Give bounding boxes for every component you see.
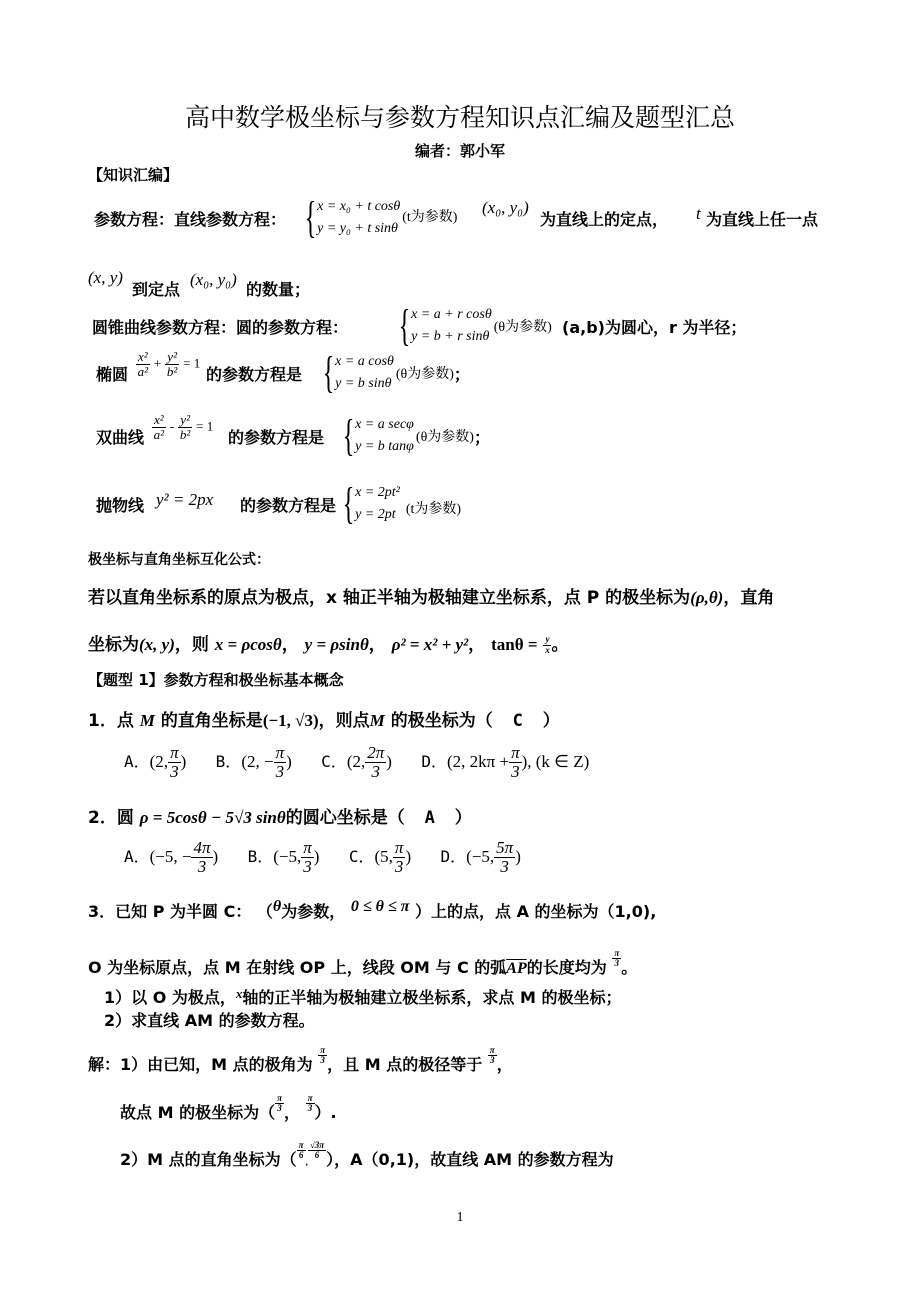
- option-label: C．: [349, 847, 375, 866]
- var-m: M: [370, 711, 385, 730]
- option-b: B．(−5,π3): [248, 847, 320, 867]
- frac-den: 3: [274, 763, 287, 781]
- question-text: 为参数，: [281, 902, 345, 921]
- option-post: ): [213, 847, 219, 866]
- frac-num: π: [168, 744, 181, 763]
- param-note: (θ为参数): [416, 426, 474, 446]
- frac-num: 2π: [365, 744, 386, 763]
- formula-tan: tanθ =: [491, 635, 537, 654]
- circle-param-system: { x = a + r cosθ y = b + r sinθ (θ为参数): [394, 304, 552, 348]
- option-label: D．: [421, 752, 447, 771]
- period: 。: [621, 958, 637, 977]
- frac-num: 5π: [494, 839, 515, 858]
- solution-text: ），A（0,1)，故直线 AM 的参数方程为: [326, 1150, 614, 1169]
- equation-line: x = a cosθ: [335, 351, 394, 373]
- separator: ，: [282, 635, 299, 655]
- frac-den: 3: [393, 858, 406, 876]
- equation-line: x = 2pt²: [355, 482, 400, 504]
- frac-num: y²: [165, 350, 179, 365]
- question-3-sub2: 2）求直线 AM 的参数方程。: [104, 1008, 315, 1031]
- formula-rho: ρ² = x² + y²: [392, 635, 468, 654]
- question-3-line1: 3．已知 P 为半圆 C： （θ为参数， 0 ≤ θ ≤ π ）上的点，点 A …: [88, 899, 656, 922]
- comma: ，: [497, 1055, 513, 1074]
- option-label: A．: [124, 847, 150, 866]
- parabola-equation: y² = 2px: [156, 490, 213, 510]
- separator: ，: [369, 635, 386, 655]
- conversion-text: ，直角: [723, 588, 774, 608]
- question-number: 2．: [88, 808, 117, 828]
- fixed-point: (x₀, y₀): [482, 198, 529, 218]
- brace-icon: {: [399, 304, 411, 348]
- frac-den: 6: [308, 1151, 326, 1160]
- question-2: 2．圆 ρ = 5cosθ − 5√3 sinθ的圆心坐标是（ A ）: [88, 803, 472, 828]
- circle-param-prefix: 圆锥曲线参数方程：圆的参数方程：: [92, 315, 348, 338]
- equation-line: x = a secφ: [355, 414, 414, 436]
- question-text: 的直角坐标是: [161, 711, 263, 731]
- ellipse-mid: 的参数方程是: [206, 362, 302, 385]
- solution-text: ）.: [315, 1103, 337, 1122]
- frac-num: y²: [178, 413, 192, 428]
- option-post: ): [515, 847, 521, 866]
- option-pre: (2,: [347, 752, 365, 771]
- option-pre: (2,: [150, 752, 168, 771]
- frac-num: π: [393, 839, 406, 858]
- question-2-options: A．(−5, −4π3) B．(−5,π3) C．(5,π3) D．(−5,5π…: [124, 839, 521, 876]
- param-note: (t为参数): [406, 498, 461, 518]
- parabola-prefix: 抛物线: [96, 493, 144, 516]
- option-label: C．: [321, 752, 347, 771]
- frac-den: 3: [168, 763, 181, 781]
- line2-end: 的数量；: [246, 277, 310, 300]
- var-m: M: [140, 711, 155, 730]
- theta-range: 0 ≤ θ ≤ π: [351, 898, 410, 915]
- question-text: O 为坐标原点，点 M 在射线 OP 上，线段 OM 与 C 的弧: [88, 958, 506, 977]
- question-text: 轴的正半轴为极轴建立极坐标系，求点 M 的极坐标；: [242, 988, 621, 1007]
- frac-den: 6: [297, 1151, 306, 1160]
- close-paren: ）: [455, 808, 472, 828]
- option-post: ): [286, 752, 292, 771]
- line-param-desc2: 为直线上任一点: [706, 207, 818, 230]
- param-note: (t为参数): [402, 206, 457, 226]
- frac-den: 3: [301, 858, 314, 876]
- fixed-point-2: (x₀, y₀): [190, 270, 237, 290]
- conversion-line2: 坐标为(x, y)，则 x = ρcosθ， y = ρsinθ， ρ² = x…: [88, 630, 568, 655]
- frac-den: 3: [488, 1056, 497, 1065]
- point-xy: (x, y): [88, 268, 123, 288]
- option-post: ): [386, 752, 392, 771]
- option-label: A．: [124, 752, 150, 771]
- solution-line2: 故点 M 的极坐标为（π3， π3）.: [120, 1100, 337, 1123]
- brace-icon: {: [343, 482, 355, 526]
- question-text: 圆: [117, 808, 134, 828]
- brace-icon: {: [323, 351, 335, 395]
- frac-den: 3: [306, 1104, 315, 1113]
- option-pre: (−5, −: [150, 847, 192, 866]
- frac-den: 3: [509, 763, 522, 781]
- question-text: 3．已知 P 为半圆 C：: [88, 902, 251, 921]
- ellipse-prefix: 椭圆: [96, 362, 128, 385]
- coordinate: (−1, √3): [263, 711, 319, 730]
- equation-line: y = b sinθ: [335, 373, 394, 395]
- hyperbola-prefix: 双曲线: [96, 425, 144, 448]
- option-pre: (2, −: [241, 752, 273, 771]
- solution-text: 故点 M 的极坐标为（: [120, 1103, 275, 1122]
- solution-line3: 2）M 点的直角坐标为（π6,√3π6），A（0,1)，故直线 AM 的参数方程…: [120, 1147, 614, 1170]
- plus-sign: +: [154, 356, 161, 371]
- option-pre: (−5,: [466, 847, 494, 866]
- conversion-text: 若以直角坐标系的原点为极点，x 轴正半轴为极轴建立坐标系，点 P 的极坐标为: [88, 588, 690, 608]
- conversion-text: 坐标为: [88, 635, 139, 655]
- param-note: (θ为参数): [396, 363, 454, 383]
- hyperbola-system: { x = a secφ y = b tanφ (θ为参数) ；: [338, 414, 490, 458]
- x-var: x: [236, 986, 243, 1001]
- circle-equation: ρ = 5cosθ − 5√3 sinθ: [140, 808, 286, 827]
- author-line: 编者：郭小军: [0, 140, 920, 161]
- circle-param-desc: (a,b)为圆心，r 为半径；: [562, 315, 746, 338]
- option-a: A．(2,π3): [124, 752, 186, 772]
- frac-den: 3: [494, 858, 515, 876]
- formula-y: y = ρsinθ: [305, 635, 369, 654]
- equals-one: = 1: [196, 419, 213, 434]
- option-c: C．(2,2π3): [321, 752, 392, 772]
- close-paren: ）: [543, 711, 560, 731]
- conversion-line1: 若以直角坐标系的原点为极点，x 轴正半轴为极轴建立坐标系，点 P 的极坐标为(ρ…: [88, 583, 774, 608]
- semicolon: ；: [474, 425, 490, 448]
- answer-letter: C: [513, 711, 523, 731]
- equation-line: y = 2pt: [355, 504, 400, 526]
- solution-text: 解：1）由已知，M 点的极角为: [88, 1055, 313, 1074]
- option-post: ): [314, 847, 320, 866]
- option-post: ): [405, 847, 411, 866]
- rect-coord: (x, y): [139, 635, 175, 654]
- frac-num: π: [301, 839, 314, 858]
- line2-mid: 到定点: [132, 277, 180, 300]
- section-label-knowledge: 【知识汇编】: [88, 164, 178, 185]
- option-post: ), (k ∈ Z): [522, 752, 590, 771]
- question-text: 的极坐标为（: [391, 711, 493, 731]
- line-param-system: { x = x₀ + t cosθ y = y₀ + t sinθ (t为参数): [300, 196, 457, 240]
- question-type-heading: 【题型 1】参数方程和极坐标基本概念: [88, 669, 344, 690]
- question-number: 1．: [88, 711, 117, 731]
- solution-text: 2）M 点的直角坐标为（: [120, 1150, 297, 1169]
- hyperbola-equation: x²a² - y²b² = 1: [152, 413, 213, 441]
- separator: ，: [468, 635, 485, 655]
- option-b: B．(2, −π3): [216, 752, 292, 772]
- hyperbola-mid: 的参数方程是: [228, 425, 324, 448]
- line-param-desc1: 为直线上的定点，: [540, 207, 668, 230]
- answer-letter: A: [425, 808, 435, 828]
- question-3-sub1: 1）以 O 为极点，x轴的正半轴为极轴建立极坐标系，求点 M 的极坐标；: [104, 985, 621, 1008]
- solution-text: ，且 M 点的极径等于: [327, 1055, 482, 1074]
- frac-num: π: [509, 744, 522, 763]
- formula-x: x = ρcosθ: [215, 635, 282, 654]
- option-label: B．: [216, 752, 242, 771]
- option-pre: (5,: [374, 847, 392, 866]
- semicolon: ；: [454, 362, 470, 385]
- comma: ，: [284, 1103, 300, 1122]
- brace-icon: {: [343, 414, 355, 458]
- frac-den: 3: [365, 763, 386, 781]
- equation-line: x = a + r cosθ: [411, 304, 492, 326]
- question-text: ，则点: [319, 711, 370, 731]
- parabola-mid: 的参数方程是: [240, 493, 336, 516]
- option-d: D．(−5,5π3): [441, 847, 521, 867]
- ellipse-equation: x²a² + y²b² = 1: [136, 350, 200, 378]
- option-c: C．(5,π3): [349, 847, 411, 867]
- theta: θ: [273, 898, 281, 915]
- frac-den: b²: [178, 428, 192, 442]
- solution-line1: 解：1）由已知，M 点的极角为 π3，且 M 点的极径等于 π3，: [88, 1052, 513, 1075]
- option-label: D．: [441, 847, 467, 866]
- option-pre: (2, 2kπ +: [447, 752, 509, 771]
- frac-den: 3: [275, 1104, 284, 1113]
- frac-den: 3: [191, 858, 212, 876]
- t-var: t: [696, 204, 701, 224]
- period: 。: [551, 635, 568, 655]
- parabola-system: { x = 2pt² y = 2pt (t为参数): [338, 482, 461, 526]
- question-text: 的圆心坐标是（: [286, 808, 405, 828]
- frac-den: 3: [318, 1056, 327, 1065]
- question-3-line2: O 为坐标原点，点 M 在射线 OP 上，线段 OM 与 C 的弧AP的长度均为…: [88, 955, 637, 978]
- param-note: (θ为参数): [494, 316, 552, 336]
- frac-den: a²: [136, 365, 150, 379]
- equation-line: y = y₀ + t sinθ: [317, 218, 400, 240]
- question-text: ）上的点，点 A 的坐标为（1,0),: [415, 902, 656, 921]
- frac-den: 3: [612, 959, 621, 968]
- page-number: 1: [0, 1210, 920, 1226]
- page-title: 高中数学极坐标与参数方程知识点汇编及题型汇总: [0, 98, 920, 134]
- conversion-text: ，则: [175, 635, 209, 655]
- frac-num: π: [274, 744, 287, 763]
- option-d: D．(2, 2kπ +π3), (k ∈ Z): [421, 752, 589, 772]
- question-text: 点: [117, 711, 134, 731]
- open-paren: （: [257, 902, 273, 921]
- polar-coord: (ρ,θ): [690, 588, 723, 607]
- brace-icon: {: [305, 196, 317, 240]
- minus-sign: -: [170, 419, 174, 434]
- option-label: B．: [248, 847, 274, 866]
- option-pre: (−5,: [273, 847, 301, 866]
- equation-line: x = x₀ + t cosθ: [317, 196, 400, 218]
- frac-den: b²: [165, 365, 179, 379]
- question-text: 1）以 O 为极点，: [104, 988, 236, 1007]
- arc-ap: AP: [506, 960, 526, 977]
- option-post: ): [181, 752, 187, 771]
- equals-one: = 1: [183, 356, 200, 371]
- question-1: 1．点 M 的直角坐标是(−1, √3)，则点M 的极坐标为（ C ）: [88, 706, 560, 731]
- frac-num: x²: [152, 413, 166, 428]
- conversion-heading: 极坐标与直角坐标互化公式：: [88, 549, 270, 569]
- ellipse-system: { x = a cosθ y = b sinθ (θ为参数) ；: [318, 351, 470, 395]
- option-a: A．(−5, −4π3): [124, 847, 218, 867]
- equation-line: y = b + r sinθ: [411, 326, 492, 348]
- line-param-prefix: 参数方程：直线参数方程：: [94, 207, 286, 230]
- question-1-options: A．(2,π3) B．(2, −π3) C．(2,2π3) D．(2, 2kπ …: [124, 744, 589, 781]
- frac-den: a²: [152, 428, 166, 442]
- frac-num: x²: [136, 350, 150, 365]
- equation-line: y = b tanφ: [355, 436, 414, 458]
- question-text: 的长度均为: [527, 958, 607, 977]
- frac-num: 4π: [191, 839, 212, 858]
